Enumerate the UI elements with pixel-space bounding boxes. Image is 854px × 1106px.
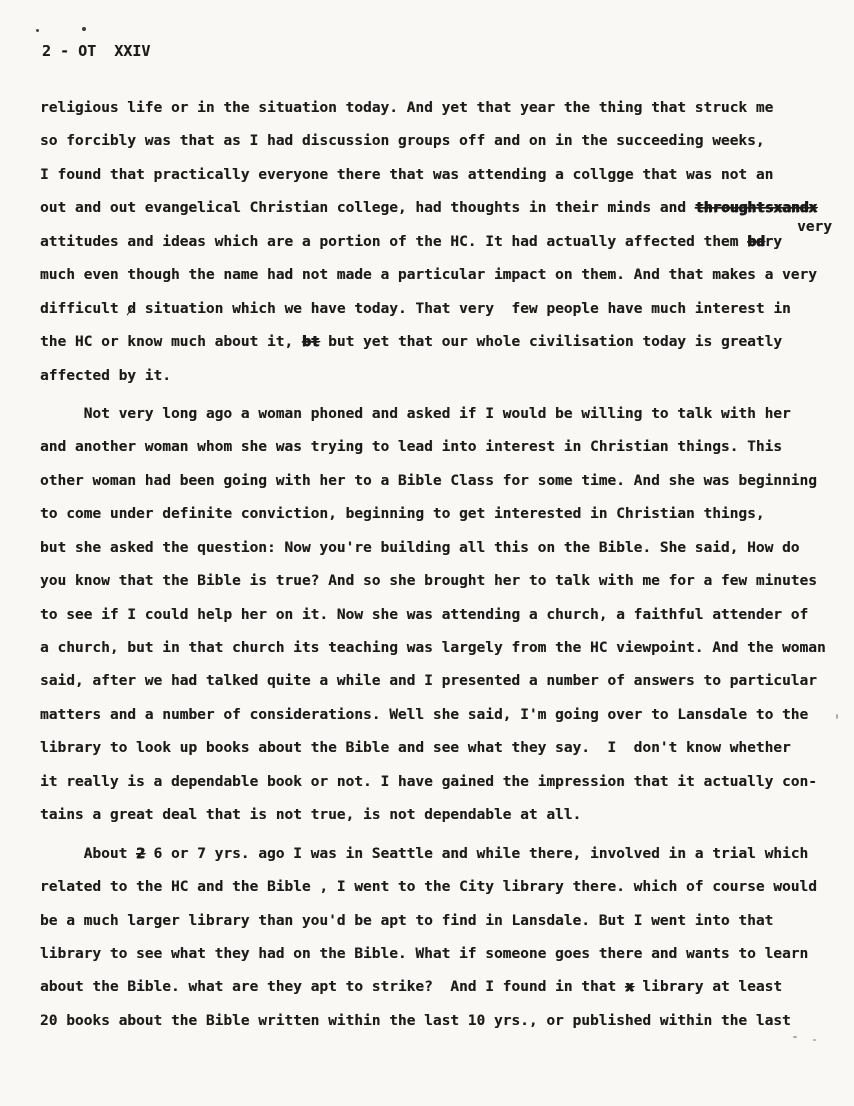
text-segment: ry: [765, 234, 782, 250]
text-segment: you know that the Bible is true? And so …: [40, 573, 817, 589]
text-segment: library to look up books about the Bible…: [40, 740, 791, 756]
struck-out-text: bd: [747, 234, 764, 250]
text-line: library to see what they had on the Bibl…: [40, 938, 832, 971]
text-line: related to the HC and the Bible , I went…: [40, 871, 832, 904]
paragraph: Not very long ago a woman phoned and ask…: [40, 398, 832, 833]
text-line: much even though the name had not made a…: [40, 259, 832, 292]
page-number-header: 2 - OT XXIV: [42, 42, 150, 60]
struck-out-text: bt: [302, 334, 319, 350]
text-segment: it really is a dependable book or not. I…: [40, 774, 817, 790]
text-line: About 2 6 or 7 yrs. ago I was in Seattle…: [40, 838, 832, 871]
text-segment: very: [797, 219, 832, 235]
text-segment: to see if I could help her on it. Now sh…: [40, 607, 808, 623]
text-segment: library at least: [634, 979, 782, 995]
text-segment: situation which we have today. That very…: [136, 301, 791, 317]
text-line: I found that practically everyone there …: [40, 159, 832, 192]
text-line: affected by it.: [40, 360, 832, 393]
text-line: a church, but in that church its teachin…: [40, 632, 832, 665]
text-line: the HC or know much about it, bt but yet…: [40, 326, 832, 359]
text-segment: but yet that our whole civilisation toda…: [319, 334, 782, 350]
text-line: library to look up books about the Bible…: [40, 732, 832, 765]
text-line: and another woman whom she was trying to…: [40, 431, 832, 464]
text-segment: library to see what they had on the Bibl…: [40, 946, 808, 962]
text-line: attitudes and ideas which are a portion …: [40, 226, 832, 259]
scan-artifact-dot: [82, 27, 86, 31]
text-line: to come under definite conviction, begin…: [40, 498, 832, 531]
scan-artifact-dot: [36, 29, 39, 32]
paragraph: religious life or in the situation today…: [40, 92, 832, 393]
text-segment: be a much larger library than you'd be a…: [40, 913, 773, 929]
inserted-word-holder: very: [797, 219, 832, 235]
text-segment: so forcibly was that as I had discussion…: [40, 133, 765, 149]
text-segment: 20 books about the Bible written within …: [40, 1013, 791, 1029]
text-segment: but she asked the question: Now you're b…: [40, 540, 800, 556]
text-segment: much even though the name had not made a…: [40, 267, 817, 283]
text-line: it really is a dependable book or not. I…: [40, 766, 832, 799]
struck-out-text: 2: [136, 846, 145, 862]
text-line: said, after we had talked quite a while …: [40, 665, 832, 698]
document-body: religious life or in the situation today…: [40, 92, 832, 1038]
paragraph: About 2 6 or 7 yrs. ago I was in Seattle…: [40, 838, 832, 1039]
text-segment: difficult: [40, 301, 127, 317]
text-segment: matters and a number of considerations. …: [40, 707, 808, 723]
text-line: but she asked the question: Now you're b…: [40, 532, 832, 565]
text-segment: tains a great deal that is not true, is …: [40, 807, 581, 823]
text-segment: about the Bible. what are they apt to st…: [40, 979, 625, 995]
struck-out-text: d: [127, 293, 136, 326]
text-segment: I found that practically everyone there …: [40, 167, 773, 183]
text-line: 20 books about the Bible written within …: [40, 1005, 832, 1038]
text-segment: and another woman whom she was trying to…: [40, 439, 782, 455]
text-segment: out and out evangelical Christian colleg…: [40, 200, 695, 216]
text-segment: affected by it.: [40, 368, 171, 384]
text-segment: the HC or know much about it,: [40, 334, 302, 350]
text-line: Not very long ago a woman phoned and ask…: [40, 398, 832, 431]
page: 2 - OT XXIV religious life or in the sit…: [0, 0, 854, 1106]
scan-artifact-dot: [813, 1039, 816, 1041]
text-segment: a church, but in that church its teachin…: [40, 640, 826, 656]
text-line: other woman had been going with her to a…: [40, 465, 832, 498]
text-line: out and out evangelical Christian colleg…: [40, 192, 832, 225]
text-segment: attitudes and ideas which are a portion …: [40, 234, 747, 250]
text-segment: related to the HC and the Bible , I went…: [40, 879, 817, 895]
text-line: to see if I could help her on it. Now sh…: [40, 599, 832, 632]
text-line: tains a great deal that is not true, is …: [40, 799, 832, 832]
text-segment: religious life or in the situation today…: [40, 100, 773, 116]
text-line: so forcibly was that as I had discussion…: [40, 125, 832, 158]
struck-out-text: throughtsxandx: [695, 200, 817, 216]
text-line: matters and a number of considerations. …: [40, 699, 832, 732]
text-segment: About: [40, 846, 136, 862]
text-line: religious life or in the situation today…: [40, 92, 832, 125]
text-line: be a much larger library than you'd be a…: [40, 905, 832, 938]
text-segment: 6 or 7 yrs. ago I was in Seattle and whi…: [145, 846, 808, 862]
text-segment: said, after we had talked quite a while …: [40, 673, 817, 689]
text-line: difficult d situation which we have toda…: [40, 293, 832, 326]
struck-out-text: x: [625, 979, 634, 995]
text-line: you know that the Bible is true? And so …: [40, 565, 832, 598]
text-segment: Not very long ago a woman phoned and ask…: [40, 406, 791, 422]
text-line: about the Bible. what are they apt to st…: [40, 971, 832, 1004]
text-segment: other woman had been going with her to a…: [40, 473, 817, 489]
text-segment: to come under definite conviction, begin…: [40, 506, 765, 522]
scan-artifact-dot: [836, 714, 838, 719]
scanned-document: { "page": { "paper_color": "#f9f8f4", "i…: [0, 0, 854, 1106]
